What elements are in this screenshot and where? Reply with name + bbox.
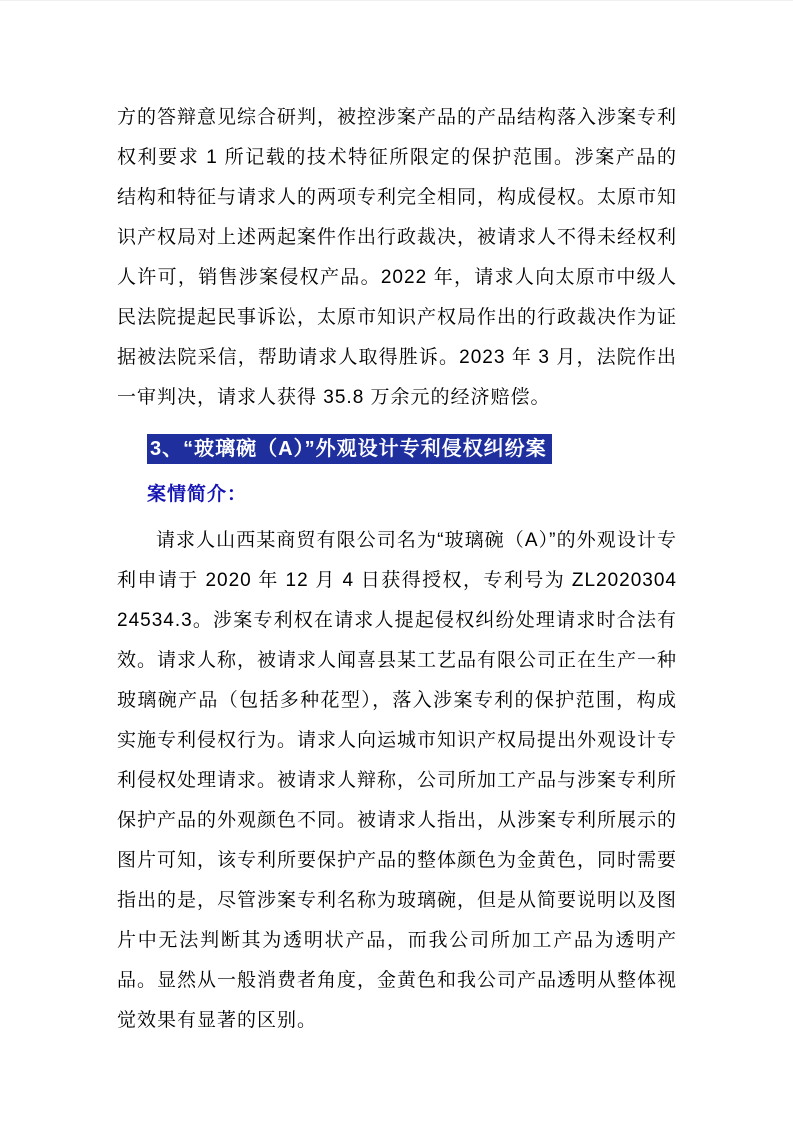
case-heading: 3、“玻璃碗（A）”外观设计专利侵权纠纷案 xyxy=(117,434,677,466)
section-label: 案情简介： xyxy=(147,480,247,510)
section-label-line: 案情简介： xyxy=(117,480,677,511)
case-brief-paragraph: 请求人山西某商贸有限公司名为“玻璃碗（A）”的外观设计专利申请于 2020 年 … xyxy=(117,521,677,1041)
continuation-paragraph: 方的答辩意见综合研判，被控涉案产品的产品结构落入涉案专利权利要求 1 所记载的技… xyxy=(117,98,677,418)
document-page: 方的答辩意见综合研判，被控涉案产品的产品结构落入涉案专利权利要求 1 所记载的技… xyxy=(0,0,793,1122)
case-heading-highlight: 3、“玻璃碗（A）”外观设计专利侵权纠纷案 xyxy=(147,434,552,464)
